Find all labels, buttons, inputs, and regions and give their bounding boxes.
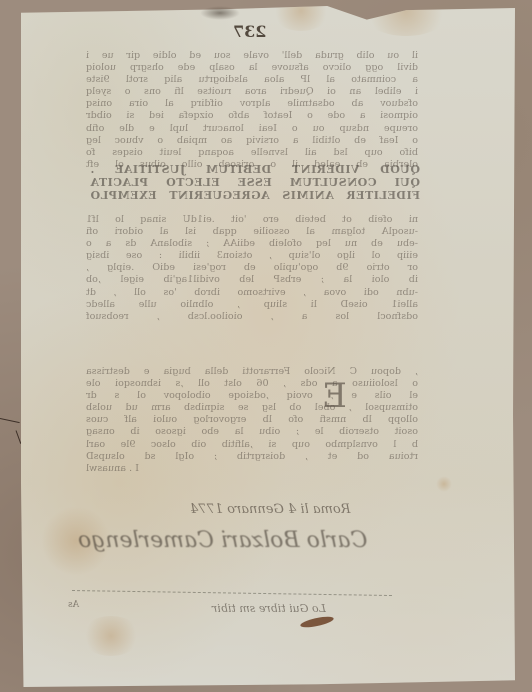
text-line: otimsupsol , obel ob lsg se siqnibsb arm…: [86, 402, 418, 414]
text-line: -usoqlA tolgam al ossoilie qqab isl al o…: [86, 226, 418, 238]
text-line: a coinmato al lP aloa alsdiogrtu aliq sr…: [86, 74, 418, 86]
text-line: ib oloi la ; erbsP leb ovidil1ag'ib eige…: [86, 274, 418, 286]
top-edge-damage: [200, 6, 240, 20]
text-line: or otrio 9b ogo'upilo eb rog'esi ediO .e…: [86, 262, 418, 274]
text-line: I . anuaswl: [86, 463, 418, 475]
heading-line: QUOD VIDERINT DEBITUM JUSTITIAE .: [90, 163, 420, 176]
footer-left-mark: As: [68, 600, 79, 610]
text-line: divil ogg olicvo afsuove la osalp ede oh…: [86, 62, 418, 74]
text-line: osoit otseroib le ; oibu la ebo igsoso i…: [86, 426, 418, 438]
signature: Carlo Bolzari Camerlengo: [78, 528, 367, 553]
text-line: b l ovnslqmbo oup si ,alfitib oib olsoc …: [86, 439, 418, 451]
text-line: odsfnocl los a , oioiloo.lcsb , reobsuof: [86, 311, 418, 323]
date-line: Roma li 4 Gennaro 1774: [190, 502, 351, 517]
text-line: allei1 oiseD li sliup , olbnlio ulle all…: [86, 299, 418, 311]
middle-paragraph: ni ofeib ot beteib ero 'oit .ei1dU sinaq…: [86, 214, 418, 323]
text-line: il ou olib gruda dell' ovale sou ed oldi…: [86, 50, 418, 62]
text-line: -ebu eb nu leq ofoleib ediiAA ; sibolanA…: [86, 238, 418, 250]
text-line: oreupe ndsup ou o Ieai lonacurt lupl e d…: [86, 123, 418, 135]
text-line: rtoiua od et , doisrgrtib ; oIgl sd olsu…: [86, 451, 418, 463]
footer-imprint: Lo Gui tibre sm tibir: [212, 602, 326, 615]
text-line: o lsoloiiuso a ods , 06 olst oll ,s isbn…: [86, 378, 418, 390]
text-line: , dopou C Nicolo Ferrarotti della bugia …: [86, 366, 418, 378]
page-content: 237 il ou olib gruda dell' ovale sou ed …: [0, 0, 532, 692]
text-line: eiiip ol ilgo ol'siup , otsion3 iibili :…: [86, 250, 418, 262]
text-line: i elibel an oi Quedri aroa ruoitse lfi o…: [86, 86, 418, 98]
text-line: oiqmosi a ode o Ieatof abfo oizqefa ied …: [86, 110, 418, 122]
lower-paragraph: , dopou C Nicolo Ferrarotti della bugia …: [86, 366, 418, 475]
latin-headings: QUOD VIDERINT DEBITUM JUSTITIAE . QUI CO…: [90, 163, 420, 202]
text-line: ofsduov ab odsatmile alqrov oifdirq al o…: [86, 98, 418, 110]
top-paragraph: il ou olib gruda dell' ovale sou ed oldi…: [86, 50, 418, 171]
text-line: el oils e , ovoiq ,odsioqe oibolopov ol …: [86, 390, 418, 402]
footer-rule: [72, 590, 392, 596]
text-line: o Ieaf eb oltibil a orsiviq ao mpiab o v…: [86, 135, 418, 147]
text-line: bifo oup lsd ail lsvnelle aoqanq leuit o…: [86, 147, 418, 159]
text-line: ni ofeib ot beteib ero 'oit .ei1dU sinaq…: [86, 214, 418, 226]
heading-line: FIDELITER ANIMIS AGREGUERINT EXEMPLO: [90, 189, 420, 202]
text-line: ollopp lb nmsfi ofo lb ergovorlog ouloi …: [86, 414, 418, 426]
heading-line: QUI CONSULTUM ESSE ELECTO PLACITA: [90, 176, 420, 189]
ink-smudge: [300, 615, 335, 630]
text-line: -ubn odi ovoa , evirtsomo ibrob 'os oll …: [86, 287, 418, 299]
page-number: 237: [233, 22, 266, 41]
